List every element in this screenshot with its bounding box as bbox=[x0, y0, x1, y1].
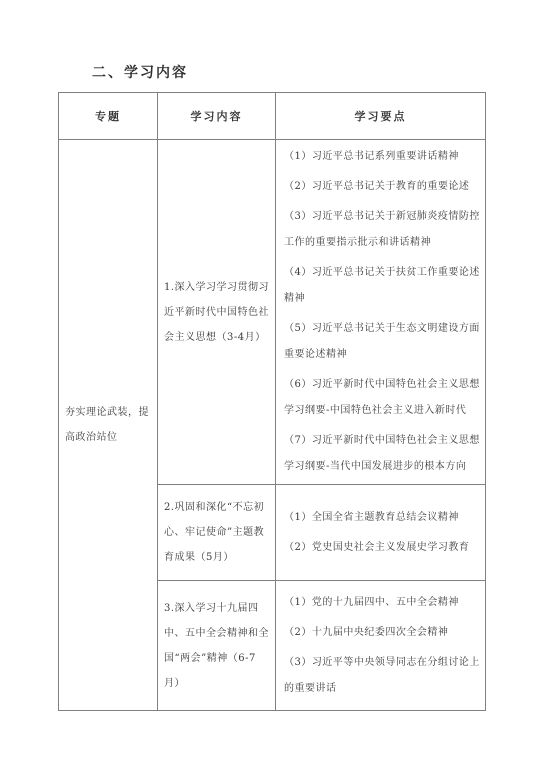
column-header-points: 学习要点 bbox=[276, 93, 486, 140]
table-header-row: 专题 学习内容 学习要点 bbox=[59, 93, 486, 140]
key-point: （1）党的十九届四中、五中全会精神 bbox=[284, 590, 481, 616]
content-cell: 1.深入学习学习贯彻习近平新时代中国特色社会主义思想（3-4月） bbox=[158, 140, 276, 485]
points-cell: （1）党的十九届四中、五中全会精神 （2）十九届中央纪委四次全会精神 （3）习近… bbox=[276, 581, 486, 711]
points-cell: （1）习近平总书记系列重要讲话精神 （2）习近平总书记关于教育的重要论述 （3）… bbox=[276, 140, 486, 485]
key-point: （1）习近平总书记系列重要讲话精神 bbox=[284, 144, 481, 170]
key-point: （2）十九届中央纪委四次全会精神 bbox=[284, 620, 481, 646]
key-point: （4）习近平总书记关于扶贫工作重要论述精神 bbox=[284, 260, 481, 312]
points-cell: （1）全国全省主题教育总结会议精神 （2）党史国史社会主义发展史学习教育 bbox=[276, 485, 486, 581]
key-point: （1）全国全省主题教育总结会议精神 bbox=[284, 505, 481, 531]
key-point: （2）习近平总书记关于教育的重要论述 bbox=[284, 174, 481, 200]
key-point: （3）习近平总书记关于新冠肺炎疫情防控工作的重要指示批示和讲话精神 bbox=[284, 204, 481, 256]
section-title: 二、学习内容 bbox=[92, 62, 188, 82]
key-point: （5）习近平总书记关于生态文明建设方面重要论述精神 bbox=[284, 316, 481, 368]
points-list: （1）习近平总书记系列重要讲话精神 （2）习近平总书记关于教育的重要论述 （3）… bbox=[276, 140, 485, 484]
key-point: （3）习近平等中央领导同志在分组讨论上的重要讲话 bbox=[284, 650, 481, 702]
content-cell: 3.深入学习十九届四中、五中全会精神和全国“两会”精神（6-7月） bbox=[158, 581, 276, 711]
points-list: （1）党的十九届四中、五中全会精神 （2）十九届中央纪委四次全会精神 （3）习近… bbox=[276, 586, 485, 706]
topic-cell: 夯实理论武装，提高政治站位 bbox=[59, 140, 158, 711]
column-header-topic: 专题 bbox=[59, 93, 158, 140]
points-list: （1）全国全省主题教育总结会议精神 （2）党史国史社会主义发展史学习教育 bbox=[276, 501, 485, 565]
document-page: 二、学习内容 专题 学习内容 学习要点 夯实理论武装，提高政治站位 1.深入学习… bbox=[0, 0, 543, 768]
column-header-content: 学习内容 bbox=[158, 93, 276, 140]
key-point: （7）习近平新时代中国特色社会主义思想学习纲要-当代中国发展进步的根本方向 bbox=[284, 428, 481, 480]
content-cell: 2.巩固和深化“不忘初心、牢记使命”主题教育成果（5月） bbox=[158, 485, 276, 581]
table-row: 夯实理论武装，提高政治站位 1.深入学习学习贯彻习近平新时代中国特色社会主义思想… bbox=[59, 140, 486, 485]
learning-content-table: 专题 学习内容 学习要点 夯实理论武装，提高政治站位 1.深入学习学习贯彻习近平… bbox=[58, 92, 486, 711]
key-point: （2）党史国史社会主义发展史学习教育 bbox=[284, 535, 481, 561]
key-point: （6）习近平新时代中国特色社会主义思想学习纲要-中国特色社会主义进入新时代 bbox=[284, 372, 481, 424]
